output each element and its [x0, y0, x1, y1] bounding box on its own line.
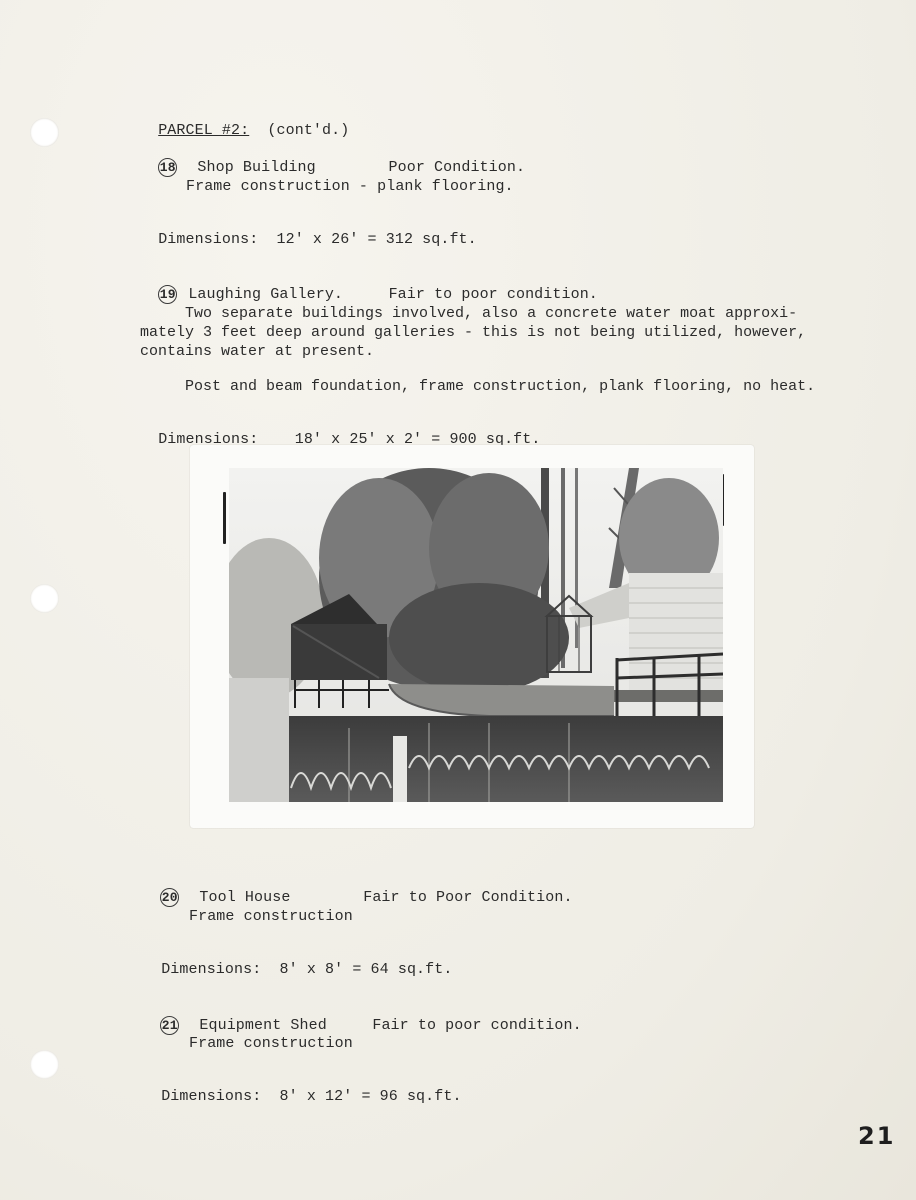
- item-number-badge: 21: [160, 1016, 179, 1035]
- dimensions-label: Dimensions:: [161, 1088, 261, 1105]
- item-18-header: 18 Shop Building Poor Condition.: [140, 141, 525, 177]
- item-21-header: 21 Equipment Shed Fair to poor condition…: [142, 999, 582, 1035]
- binder-hole: [30, 1050, 59, 1079]
- binder-hole: [30, 584, 59, 613]
- item-number-badge: 19: [158, 285, 177, 304]
- dimensions-value: 8' x 12' = 96 sq.ft.: [280, 1088, 462, 1105]
- dimensions-label: Dimensions:: [161, 961, 261, 978]
- parcel-title-suffix: (cont'd.): [267, 122, 349, 139]
- item-21-description: Frame construction: [189, 1035, 353, 1052]
- item-number-badge: 20: [160, 888, 179, 907]
- item-18-description: Frame construction - plank flooring.: [186, 178, 514, 195]
- parcel-heading: PARCEL #2: (cont'd.): [140, 105, 349, 139]
- binder-hole: [30, 118, 59, 147]
- item-21-dimensions: Dimensions: 8' x 12' = 96 sq.ft.: [143, 1071, 462, 1105]
- item-condition: Poor Condition.: [389, 159, 526, 176]
- dimensions-label: Dimensions:: [158, 231, 258, 248]
- dimensions-value: 12' x 26' = 312 sq.ft.: [277, 231, 477, 248]
- item-19-description-line: Post and beam foundation, frame construc…: [140, 377, 815, 397]
- item-20-description: Frame construction: [189, 908, 353, 925]
- item-18-dimensions: Dimensions: 12' x 26' = 312 sq.ft.: [140, 214, 477, 248]
- item-name: Laughing Gallery.: [188, 286, 343, 303]
- item-condition: Fair to poor condition.: [372, 1017, 581, 1034]
- item-20-header: 20 Tool House Fair to Poor Condition.: [142, 871, 573, 907]
- dimensions-value: 8' x 8' = 64 sq.ft.: [280, 961, 453, 978]
- item-condition: Fair to Poor Condition.: [363, 889, 572, 906]
- item-number-badge: 18: [158, 158, 177, 177]
- item-19-header: 19 Laughing Gallery. Fair to poor condit…: [140, 268, 598, 304]
- photo-scene: [229, 468, 723, 802]
- page-number: 21: [858, 1122, 895, 1150]
- parcel-title: PARCEL #2:: [158, 122, 249, 139]
- laughing-gallery-photo: [229, 468, 723, 802]
- item-name: Equipment Shed: [199, 1017, 326, 1034]
- item-20-dimensions: Dimensions: 8' x 8' = 64 sq.ft.: [143, 944, 452, 978]
- item-19-dimensions: Dimensions: 18' x 25' x 2' = 900 sq.ft.: [140, 414, 540, 448]
- photo-corner-mark: [223, 492, 226, 544]
- item-19-description-line: mately 3 feet deep around galleries - th…: [140, 323, 806, 343]
- item-condition: Fair to poor condition.: [389, 286, 598, 303]
- item-19-description-line: contains water at present.: [140, 342, 374, 362]
- item-19-description-line: Two separate buildings involved, also a …: [140, 304, 797, 324]
- item-name: Shop Building: [197, 159, 315, 176]
- item-name: Tool House: [199, 889, 290, 906]
